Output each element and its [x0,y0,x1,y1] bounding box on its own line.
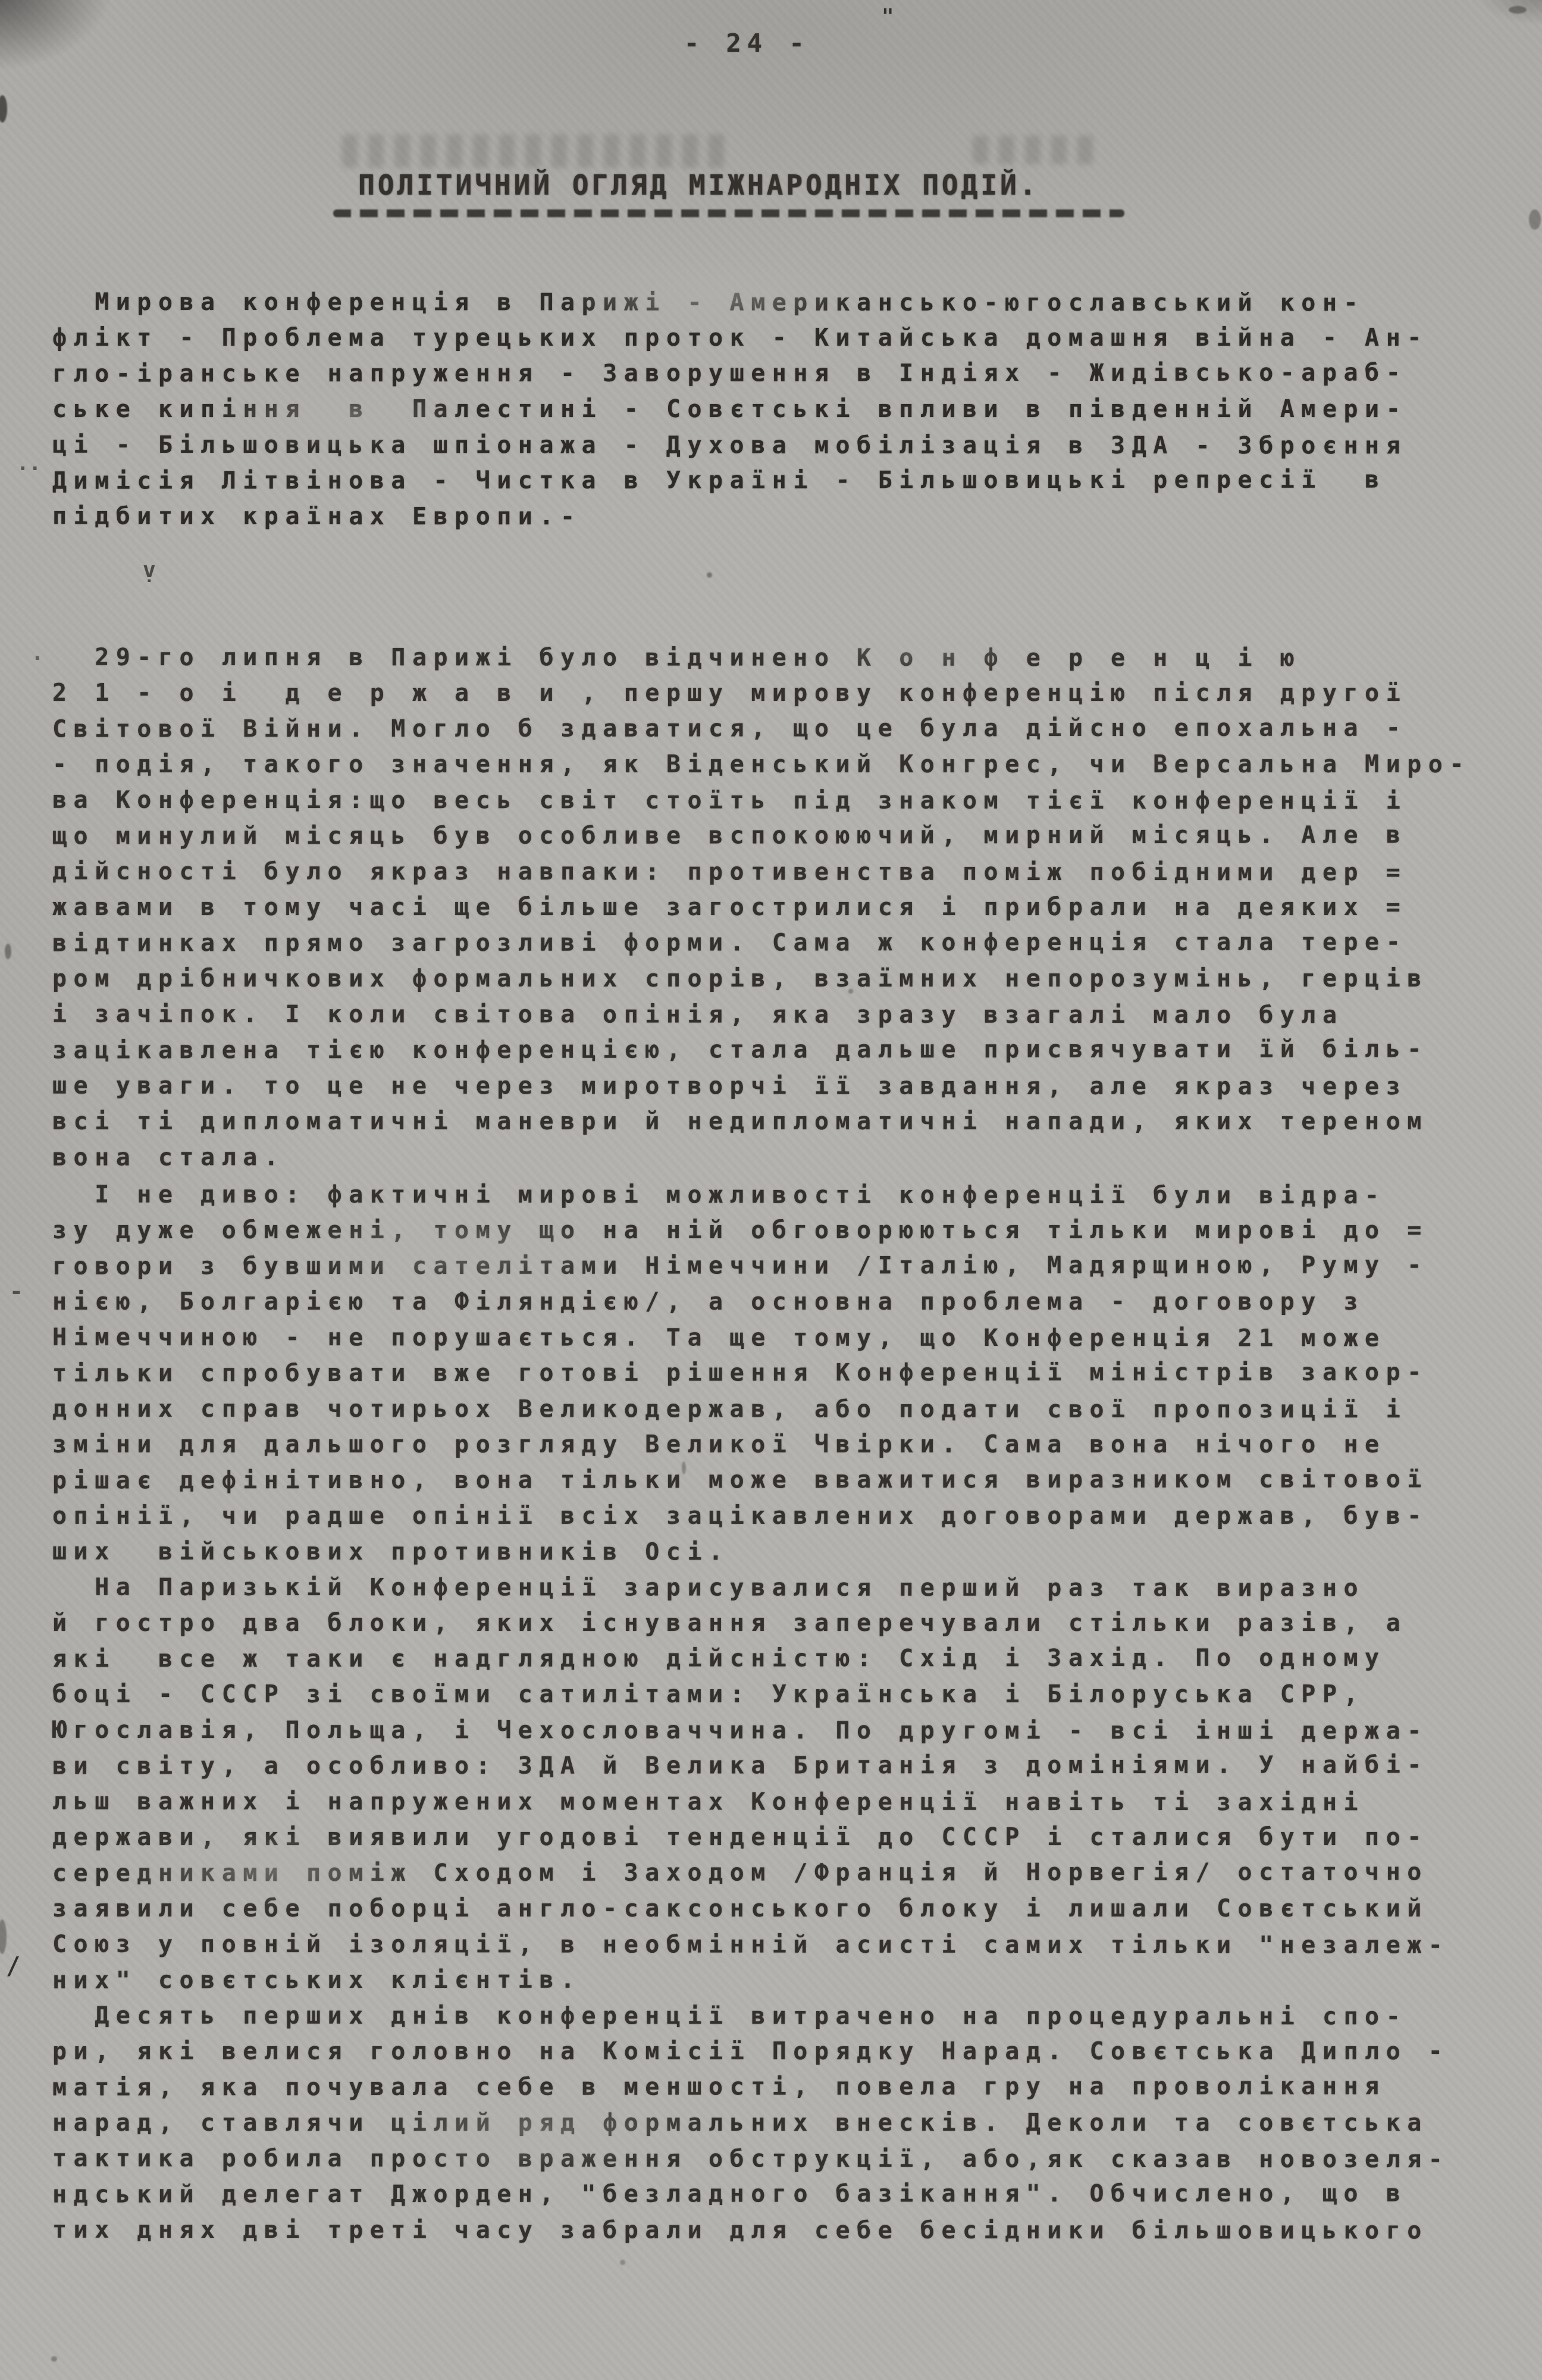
typed-line: ндський делегат Джорден, "безладного баз… [52,2175,1449,2212]
edge-stain [0,1919,7,1954]
typed-line: рішає дефінітивно, вона тільки може вваж… [52,1461,1428,1498]
typed-line: льш важних і напружених моментах Конфере… [52,1784,1449,1821]
typed-line: всі ті дипломатичні маневри й недипломат… [52,1104,1471,1139]
typed-line: жавами в тому часі ще більше загострилис… [52,890,1471,925]
typed-line: 2 1 - о і д е р ж а в и , першу мирову к… [52,675,1471,711]
typed-line: ське кипіння в Палестині - Совєтські впл… [52,392,1428,427]
typed-line: Димісія Літвінова - Чистка в Україні - Б… [52,462,1428,499]
typed-line: ром дрібничкових формальних спорів, взаї… [52,961,1471,997]
typed-line: підбитих країнах Европи.- [52,499,1428,535]
typed-line: зу дуже обмежені, тому що на ній обговор… [52,1213,1428,1248]
stray-dots-mark: ·· [17,457,41,481]
typed-line: Союз у повній ізоляції, в необмінній аси… [52,1927,1449,1963]
typed-line: Світової Війни. Могло б здаватися, що це… [52,710,1471,747]
typed-line: нією, Болгарією та Філяндією/, а основна… [52,1284,1428,1320]
typed-line: ри, які велися головно на Комісії Порядк… [52,2034,1449,2069]
typed-line: тих днях дві треті часу забрали для себе… [52,2212,1449,2249]
typed-line: які все ж таки є надглядною дійсністю: С… [52,1640,1449,1677]
typed-line: відтинках прямо загрозливі форми. Сама ж… [52,924,1471,961]
stray-quote-mark: " [882,5,894,29]
typed-line: ці - Більшовицька шпіонажа - Духова мобі… [52,427,1428,464]
typed-line: - подія, такого значення, як Віденський … [52,747,1471,782]
typed-line: Німеччиною - не порушається. Та ще тому,… [52,1320,1428,1357]
typed-line: них" совєтських клієнтів. [52,1961,1449,1998]
typed-line: говори з бувшими сателітами Німеччини /І… [52,1247,1428,1284]
ink-smudge [973,136,1101,164]
ink-speck [682,1461,686,1474]
typed-line: І не диво: фактичні мирові можливості ко… [52,1177,1428,1214]
ink-speck [620,2260,625,2265]
ink-smudge [342,134,729,168]
typed-line: Десять перших днів конференції витрачено… [52,1998,1449,2035]
title-underline-rule [333,209,1124,217]
summary-paragraph: Мирова конференція в Парижі - Американсь… [52,284,1428,534]
typed-line: зміни для дальшого розгляду Великої Чвір… [52,1427,1428,1463]
typed-line: На Паризькій Конференції зарисувалися пе… [52,1570,1449,1606]
stray-dash-mark: - [10,1278,23,1304]
ink-speck [848,989,853,994]
typed-line: й гостро два блоки, яких існування запер… [52,1605,1449,1641]
typed-line: тільки спробувати вже готові рішення Кон… [52,1354,1428,1391]
scanned-document-page: - 24 - ПОЛІТИЧНИЙ ОГЛЯД МІЖНАРОДНІХ ПОДІ… [0,0,1542,2380]
typed-line: зацікавлена тією конференцією, стала дал… [52,1031,1471,1068]
typed-line: опінії, чи радше опінії всіх зацікавлени… [52,1498,1428,1534]
typed-line: що минулий місяць був особливе вспокоююч… [52,817,1471,854]
typed-line: нарад, ставлячи цілий ряд формальних вне… [52,2105,1449,2141]
body-paragraph-4: Десять перших днів конференції витрачено… [52,1998,1449,2248]
typed-line: Югославія, Польща, і Чехословаччина. По … [52,1712,1449,1749]
typed-line: дійсності було якраз навпаки: противенст… [52,854,1471,891]
typed-line: ше уваги. то це не через миротворчі її з… [52,1068,1471,1105]
typed-line: ви світу, а особливо: ЗДА й Велика Брита… [52,1747,1449,1784]
page-number: - 24 - [684,29,810,58]
ink-speck [707,572,712,578]
body-paragraph-3: На Паризькій Конференції зарисувалися пе… [52,1570,1449,1998]
typed-line: гло-іранське напруження - Заворушення в … [52,355,1428,392]
typed-line: вона стала. [52,1138,1471,1175]
stray-slash-mark: / [6,1953,20,1980]
typed-line: донних справ чотирьох Великодержав, або … [52,1391,1428,1428]
typed-line: флікт - Проблема турецьких проток - Кита… [52,320,1428,356]
edge-stain [0,95,7,123]
body-paragraph-2: І не диво: фактичні мирові можливості ко… [52,1177,1428,1570]
stray-dot-mark: · [31,646,44,671]
edge-stain [1529,209,1541,230]
typed-line: ших військових противників Осі. [52,1534,1428,1571]
stray-check-mark: ṿ [143,558,156,583]
page-title: ПОЛІТИЧНИЙ ОГЛЯД МІЖНАРОДНІХ ПОДІЙ. [358,169,1039,201]
typed-line: держави, які виявили угодові тенденції д… [52,1820,1449,1855]
typed-line: 29-го липня в Парижі було відчинено К о … [52,640,1471,677]
typed-line: тактика робила просто враження обструкці… [52,2141,1449,2178]
body-paragraph-1: 29-го липня в Парижі було відчинено К о … [52,640,1471,1175]
edge-stain [1509,6,1527,14]
typed-line: заявили себе поборці англо-саксонського … [52,1891,1449,1927]
typed-line: і зачіпок. І коли світова опінія, яка зр… [52,997,1471,1034]
typed-line: боці - СССР зі своїми сатилітами: Україн… [52,1677,1449,1712]
edge-stain [5,944,11,959]
typed-line: середниками поміж Сходом і Заходом /Фран… [52,1854,1449,1891]
ink-speck [51,2356,57,2362]
typed-line: ва Конференція:що весь світ стоїть під з… [52,782,1471,819]
typed-line: Мирова конференція в Парижі - Американсь… [52,284,1428,321]
typed-line: матія, яка почувала себе в меншості, пов… [52,2068,1449,2105]
